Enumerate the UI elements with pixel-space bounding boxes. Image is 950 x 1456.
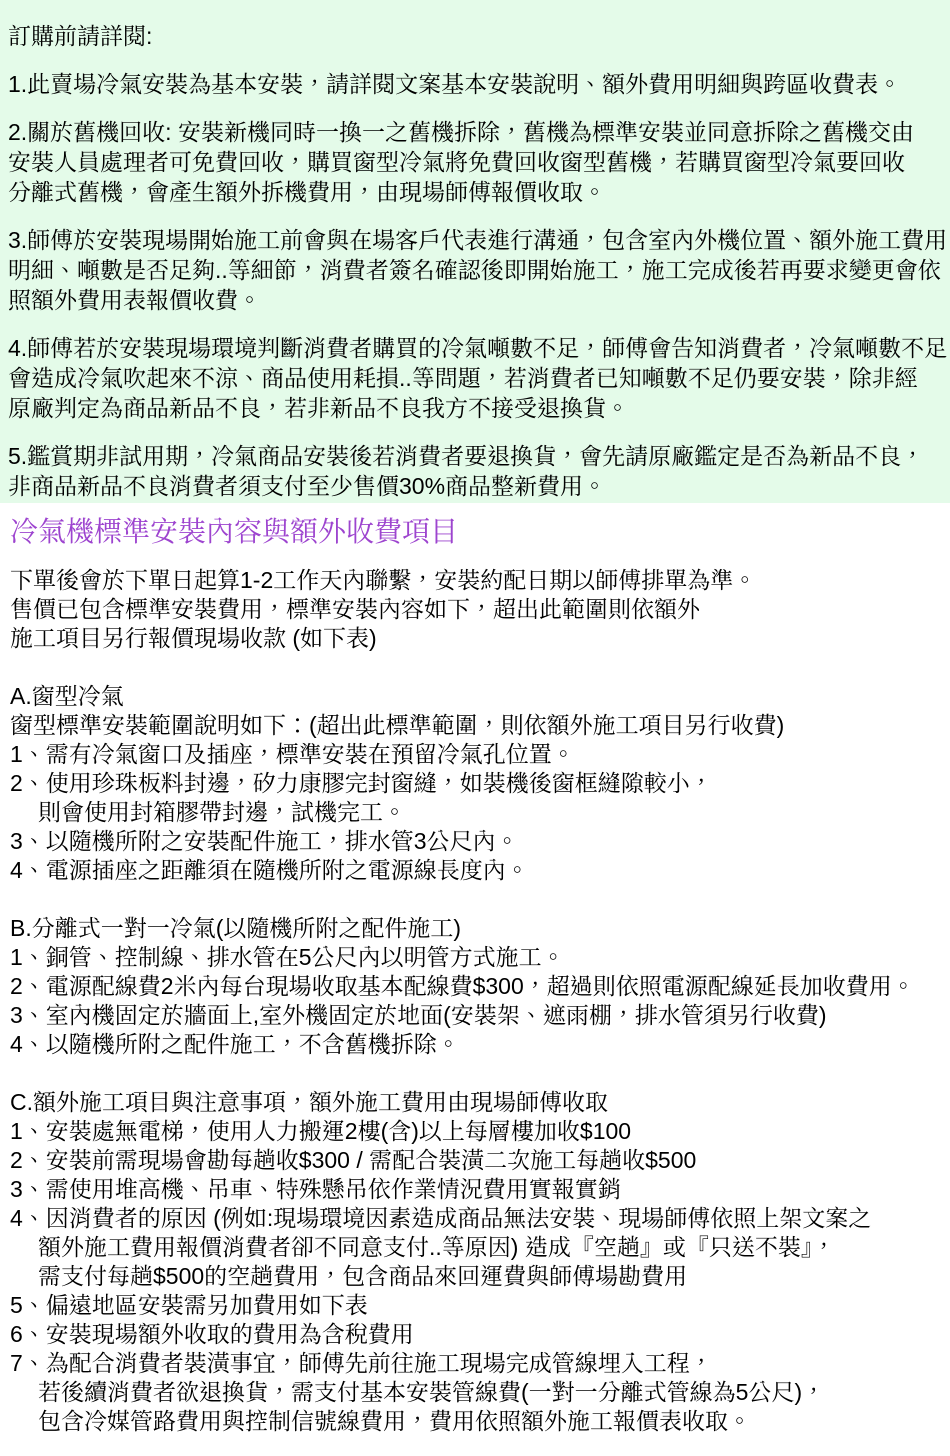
section-line: 5、偏遠地區安裝需另加費用如下表: [10, 1291, 940, 1320]
section-line: 4、以隨機所附之配件施工，不含舊機拆除。: [10, 1030, 940, 1059]
section-line: 7、為配合消費者裝潢事宜，師傅先前往施工現場完成管線埋入工程，: [10, 1349, 940, 1378]
terms-section-B: B.分離式一對一冷氣(以隨機所附之配件施工)1、銅管、控制線、排水管在5公尺內以…: [10, 914, 940, 1059]
section-line: 4、因消費者的原因 (例如:現場環境因素造成商品無法安裝、現場師傅依照上架文案之: [10, 1204, 940, 1233]
section-line: 窗型標準安裝範圍說明如下：(超出此標準範圍，則依額外施工項目另行收費): [10, 711, 940, 740]
terms-intro-line: 下單後會於下單日起算1-2工作天內聯繫，安裝約配日期以師傅排單為準。: [10, 566, 940, 595]
section-line: 3、需使用堆高機、吊車、特殊懸吊依作業情況費用實報實銷: [10, 1175, 940, 1204]
notice-paragraph: 5.鑑賞期非試用期，冷氣商品安裝後若消費者要退換貨，會先請原廠鑑定是否為新品不良…: [8, 441, 942, 501]
terms-intro-line: 施工項目另行報價現場收款 (如下表): [10, 624, 940, 653]
section-line: 則會使用封箱膠帶封邊，試機完工。: [10, 798, 940, 827]
pre-order-notice: 訂購前請詳閱: 1.此賣場冷氣安裝為基本安裝，請詳閱文案基本安裝說明、額外費用明…: [0, 0, 950, 503]
notice-line: 3.師傅於安裝現場開始施工前會與在場客戶代表進行溝通，包含室內外機位置、額外施工…: [8, 225, 942, 255]
section-line: 6、安裝現場額外收取的費用為含稅費用: [10, 1320, 940, 1349]
notice-line: 4.師傅若於安裝現場環境判斷消費者購買的冷氣噸數不足，師傅會告知消費者，冷氣噸數…: [8, 333, 942, 363]
notice-paragraph: 2.關於舊機回收: 安裝新機同時一換一之舊機拆除，舊機為標準安裝並同意拆除之舊機…: [8, 117, 942, 207]
section-line: 1、需有冷氣窗口及插座，標準安裝在預留冷氣孔位置。: [10, 740, 940, 769]
notice-line: 分離式舊機，會產生額外拆機費用，由現場師傅報價收取。: [8, 177, 942, 207]
section-line: 3、室內機固定於牆面上,室外機固定於地面(安裝架、遮雨棚，排水管須另行收費): [10, 1001, 940, 1030]
page-title: 冷氣機標準安裝內容與額外收費項目: [10, 515, 940, 549]
notice-line: 1.此賣場冷氣安裝為基本安裝，請詳閱文案基本安裝說明、額外費用明細與跨區收費表。: [8, 69, 942, 99]
terms-section-A: A.窗型冷氣窗型標準安裝範圍說明如下：(超出此標準範圍，則依額外施工項目另行收費…: [10, 682, 940, 885]
notice-paragraph: 1.此賣場冷氣安裝為基本安裝，請詳閱文案基本安裝說明、額外費用明細與跨區收費表。: [8, 69, 942, 99]
section-line: 額外施工費用報價消費者卻不同意支付..等原因) 造成『空趟』或『只送不裝』，: [10, 1233, 940, 1262]
terms-section-C: C.額外施工項目與注意事項，額外施工費用由現場師傅收取1、安裝處無電梯，使用人力…: [10, 1088, 940, 1436]
terms-sections: A.窗型冷氣窗型標準安裝範圍說明如下：(超出此標準範圍，則依額外施工項目另行收費…: [10, 682, 940, 1436]
notice-line: 安裝人員處理者可免費回收，購買窗型冷氣將免費回收窗型舊機，若購買窗型冷氣要回收: [8, 147, 942, 177]
notice-line: 2.關於舊機回收: 安裝新機同時一換一之舊機拆除，舊機為標準安裝並同意拆除之舊機…: [8, 117, 942, 147]
notice-line: 非商品新品不良消費者須支付至少售價30%商品整新費用。: [8, 471, 942, 501]
installation-terms: 冷氣機標準安裝內容與額外收費項目 下單後會於下單日起算1-2工作天內聯繫，安裝約…: [0, 503, 950, 1436]
notice-line: 會造成冷氣吹起來不涼、商品使用耗損..等問題，若消費者已知噸數不足仍要安裝，除非…: [8, 363, 942, 393]
section-line: 2、電源配線費2米內每台現場收取基本配線費$300，超過則依照電源配線延長加收費…: [10, 972, 940, 1001]
notice-paragraph: 3.師傅於安裝現場開始施工前會與在場客戶代表進行溝通，包含室內外機位置、額外施工…: [8, 225, 942, 315]
terms-intro: 下單後會於下單日起算1-2工作天內聯繫，安裝約配日期以師傅排單為準。售價已包含標…: [10, 566, 940, 653]
section-line: 包含冷媒管路費用與控制信號線費用，費用依照額外施工報價表收取。: [10, 1407, 940, 1436]
notice-paragraph: 4.師傅若於安裝現場環境判斷消費者購買的冷氣噸數不足，師傅會告知消費者，冷氣噸數…: [8, 333, 942, 423]
notice-paragraphs: 1.此賣場冷氣安裝為基本安裝，請詳閱文案基本安裝說明、額外費用明細與跨區收費表。…: [8, 69, 942, 501]
notice-line: 明細、噸數是否足夠..等細節，消費者簽名確認後即開始施工，施工完成後若再要求變更…: [8, 255, 942, 285]
section-title: A.窗型冷氣: [10, 682, 940, 711]
terms-intro-line: 售價已包含標準安裝費用，標準安裝內容如下，超出此範圍則依額外: [10, 595, 940, 624]
section-line: 3、以隨機所附之安裝配件施工，排水管3公尺內。: [10, 827, 940, 856]
section-line: 4、電源插座之距離須在隨機所附之電源線長度內。: [10, 856, 940, 885]
section-title: B.分離式一對一冷氣(以隨機所附之配件施工): [10, 914, 940, 943]
notice-line: 5.鑑賞期非試用期，冷氣商品安裝後若消費者要退換貨，會先請原廠鑑定是否為新品不良…: [8, 441, 942, 471]
notice-line: 原廠判定為商品新品不良，若非新品不良我方不接受退換貨。: [8, 393, 942, 423]
section-title: C.額外施工項目與注意事項，額外施工費用由現場師傅收取: [10, 1088, 940, 1117]
section-line: 需支付每趟$500的空趟費用，包含商品來回運費與師傅場勘費用: [10, 1262, 940, 1291]
section-line: 若後續消費者欲退換貨，需支付基本安裝管線費(一對一分離式管線為5公尺)，: [10, 1378, 940, 1407]
section-line: 1、安裝處無電梯，使用人力搬運2樓(含)以上每層樓加收$100: [10, 1117, 940, 1146]
section-line: 2、使用珍珠板料封邊，矽力康膠完封窗縫，如裝機後窗框縫隙較小，: [10, 769, 940, 798]
notice-line: 照額外費用表報價收費。: [8, 285, 942, 315]
section-line: 2、安裝前需現場會勘每趟收$300 / 需配合裝潢二次施工每趟收$500: [10, 1146, 940, 1175]
notice-intro: 訂購前請詳閱:: [8, 21, 942, 51]
section-line: 1、銅管、控制線、排水管在5公尺內以明管方式施工。: [10, 943, 940, 972]
